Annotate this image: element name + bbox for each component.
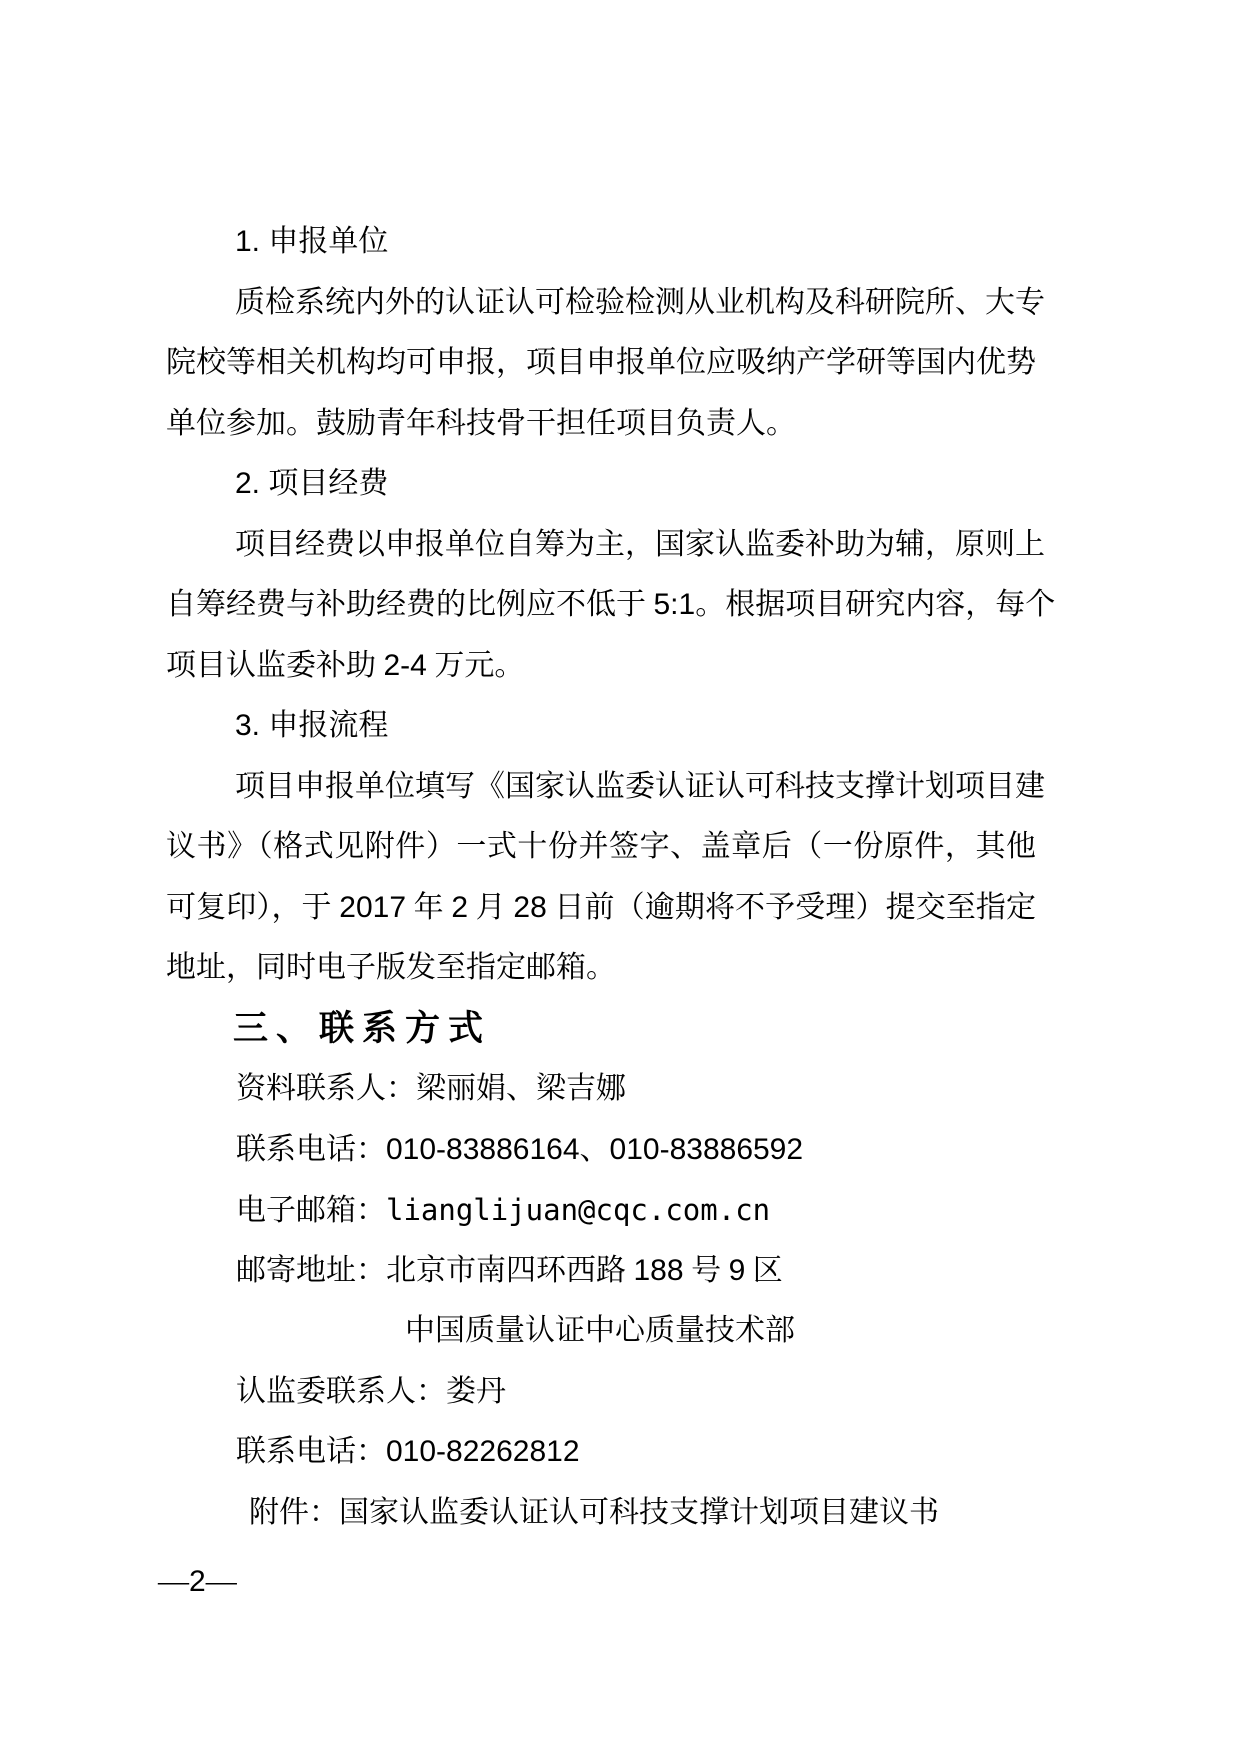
- text-segment: 3.: [235, 709, 268, 742]
- contact-phone-line: 联系电话：010-83886164、010-83886592: [166, 1120, 1036, 1181]
- cnca-contact-person-line: 认监委联系人：娄丹: [166, 1362, 1036, 1423]
- text-segment: 2.: [235, 467, 268, 500]
- text-segment: 2: [451, 891, 468, 924]
- text-segment: 9: [729, 1254, 746, 1287]
- document-page: 1. 申报单位质检系统内外的认证认可检验检测从业机构及科研院所、大专院校等相关机…: [0, 0, 1241, 1754]
- text-segment: 日前（逾期将不予受理）提交至指定: [547, 891, 1036, 924]
- cnca-phone-line: 联系电话：010-82262812: [166, 1422, 1036, 1483]
- text-segment: 三、联系方式: [233, 1009, 491, 1048]
- page-number: —2—: [158, 1549, 237, 1613]
- para-2-line-2: 自筹经费与补助经费的比例应不低于 5:1。根据项目研究内容，每个: [166, 575, 1036, 636]
- contact-address-line-2: 中国质量认证中心质量技术部: [166, 1301, 1036, 1362]
- para-2-line-3: 项目认监委补助 2-4 万元。: [166, 636, 1036, 697]
- text-segment: 010-83886164: [386, 1133, 580, 1166]
- text-segment: 地址，同时电子版发至指定邮箱。: [166, 951, 616, 984]
- text-segment: 5:1: [654, 588, 696, 621]
- text-segment: 单位参加。鼓励青年科技骨干担任项目负责人。: [166, 407, 796, 440]
- text-segment: 院校等相关机构均可申报，项目申报单位应吸纳产学研等国内优势: [166, 346, 1036, 379]
- text-segment: 010-83886592: [610, 1133, 804, 1166]
- item-3-title: 3. 申报流程: [166, 696, 1036, 757]
- contact-address-line: 邮寄地址：北京市南四环西路 188 号 9 区: [166, 1241, 1036, 1302]
- para-3-line-4: 地址，同时电子版发至指定邮箱。: [166, 938, 1036, 999]
- text-segment: 议书》（格式见附件）一式十份并签字、盖章后（一份原件，其他: [166, 830, 1036, 863]
- text-segment: 区: [745, 1254, 783, 1287]
- text-segment: 邮寄地址：北京市南四环西路: [236, 1254, 634, 1287]
- text-segment: 188: [634, 1254, 684, 1287]
- text-segment: 自筹经费与补助经费的比例应不低于: [166, 588, 654, 621]
- text-segment: 附件：国家认监委认证认可科技支撑计划项目建议书: [249, 1496, 939, 1529]
- text-segment: lianglijuan@cqc.com.cn: [386, 1193, 770, 1227]
- para-1-line-3: 单位参加。鼓励青年科技骨干担任项目负责人。: [166, 394, 1036, 455]
- item-2-title: 2. 项目经费: [166, 454, 1036, 515]
- text-segment: 联系电话：: [236, 1133, 386, 1166]
- text-segment: 2017: [339, 891, 406, 924]
- text-segment: 。根据项目研究内容，每个: [695, 588, 1055, 621]
- para-1-line-1: 质检系统内外的认证认可检验检测从业机构及科研院所、大专: [166, 273, 1036, 334]
- text-segment: 号: [684, 1254, 729, 1287]
- text-segment: —: [206, 1563, 237, 1598]
- text-segment: 2: [189, 1565, 206, 1598]
- text-segment: 资料联系人：梁丽娟、梁吉娜: [236, 1072, 626, 1105]
- para-3-line-3: 可复印），于 2017 年 2 月 28 日前（逾期将不予受理）提交至指定: [166, 878, 1036, 939]
- attachment-line: 附件：国家认监委认证认可科技支撑计划项目建议书: [166, 1483, 1036, 1544]
- text-segment: 1.: [235, 225, 268, 258]
- document-body: 1. 申报单位质检系统内外的认证认可检验检测从业机构及科研院所、大专院校等相关机…: [166, 212, 1036, 1543]
- section-heading-contact: 三、联系方式: [166, 999, 1036, 1060]
- contact-email-line: 电子邮箱：lianglijuan@cqc.com.cn: [166, 1180, 1036, 1241]
- text-segment: 010-82262812: [386, 1435, 580, 1468]
- text-segment: 2-4: [384, 649, 427, 682]
- text-segment: 电子邮箱：: [236, 1194, 386, 1227]
- text-segment: —: [158, 1563, 189, 1598]
- text-segment: 申报流程: [268, 709, 388, 742]
- text-segment: 项目申报单位填写《国家认监委认证认可科技支撑计划项目建: [235, 770, 1045, 803]
- contact-person-line: 资料联系人：梁丽娟、梁吉娜: [166, 1059, 1036, 1120]
- item-1-title: 1. 申报单位: [166, 212, 1036, 273]
- text-segment: 项目认监委补助: [166, 649, 384, 682]
- para-1-line-2: 院校等相关机构均可申报，项目申报单位应吸纳产学研等国内优势: [166, 333, 1036, 394]
- text-segment: 项目经费以申报单位自筹为主，国家认监委补助为辅，原则上: [235, 528, 1045, 561]
- para-3-line-2: 议书》（格式见附件）一式十份并签字、盖章后（一份原件，其他: [166, 817, 1036, 878]
- text-segment: 申报单位: [268, 225, 388, 258]
- para-3-line-1: 项目申报单位填写《国家认监委认证认可科技支撑计划项目建: [166, 757, 1036, 818]
- text-segment: 联系电话：: [236, 1435, 386, 1468]
- text-segment: 月: [468, 891, 513, 924]
- text-segment: 万元。: [427, 649, 525, 682]
- para-2-line-1: 项目经费以申报单位自筹为主，国家认监委补助为辅，原则上: [166, 515, 1036, 576]
- text-segment: 项目经费: [268, 467, 388, 500]
- text-segment: 年: [406, 891, 451, 924]
- text-segment: 认监委联系人：娄丹: [236, 1375, 506, 1408]
- text-segment: 28: [513, 891, 546, 924]
- text-segment: 、: [580, 1133, 610, 1166]
- text-segment: 可复印），于: [166, 891, 339, 924]
- text-segment: 质检系统内外的认证认可检验检测从业机构及科研院所、大专: [235, 286, 1045, 319]
- text-segment: 中国质量认证中心质量技术部: [405, 1314, 795, 1347]
